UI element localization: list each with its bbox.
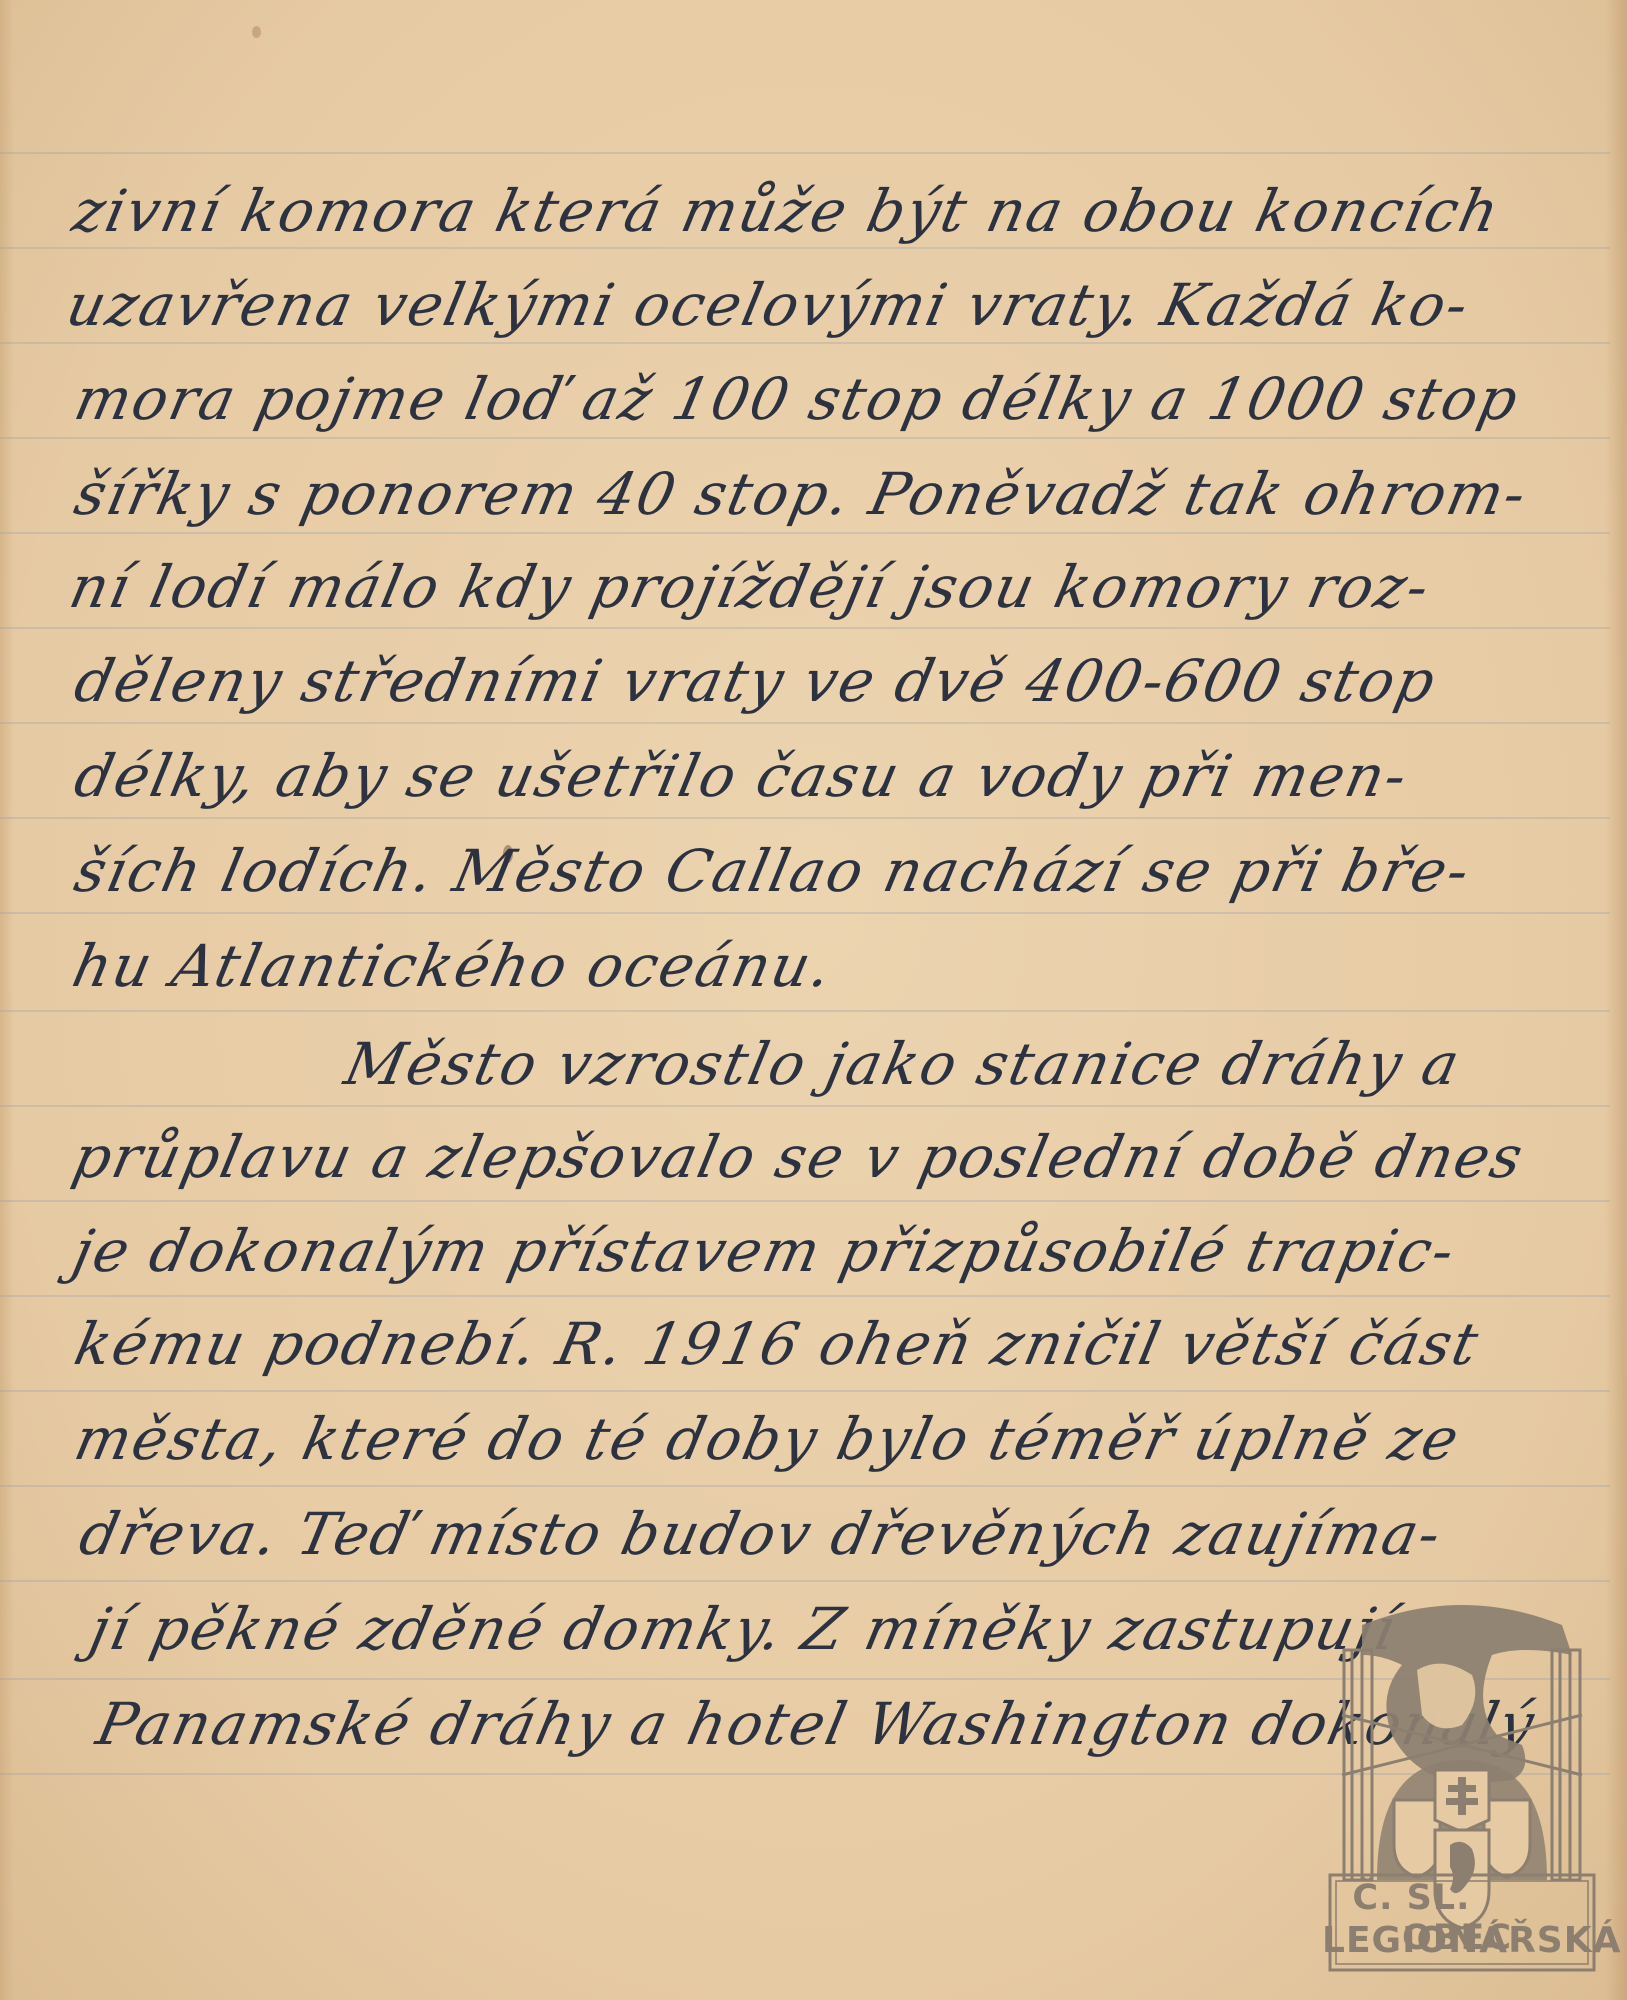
rule-line [0,1200,1610,1202]
text-line: děleny středními vraty ve dvě 400-600 st… [70,652,1442,710]
text-line: délky, aby se ušetřilo času a vody při m… [70,747,1414,805]
rule-line [0,627,1610,629]
text-line: mora pojme loď až 100 stop délky a 1000 … [70,370,1525,428]
watermark-line2: LEGIONÁŘSKÁ [1322,1920,1592,1961]
rule-line [0,722,1610,724]
rule-line [0,247,1610,249]
text-line: šířky s ponorem 40 stop. Poněvadž tak oh… [70,465,1533,523]
rule-line [0,817,1610,819]
rule-line [0,1390,1610,1392]
text-line: jí pěkné zděné domky. Z míněky zastupují [85,1600,1402,1658]
text-line: města, které do té doby bylo téměř úplně… [70,1410,1465,1468]
rule-line [0,1105,1610,1107]
rule-line [0,1010,1610,1012]
paper-stain [252,26,261,38]
text-line: hu Atlantického oceánu. [68,937,838,995]
text-line: Město vzrostlo jako stanice dráhy a [340,1035,1466,1093]
watermark-cs-sl: Č. SL. [1352,1878,1470,1918]
page-right-shadow [1605,0,1627,2000]
rule-line [0,342,1610,344]
rule-line [0,437,1610,439]
text-line: zivní komora která může být na obou konc… [68,182,1506,240]
rule-line [0,1295,1610,1297]
text-line: dřeva. Teď místo budov dřevěných zaujíma… [75,1505,1447,1563]
rule-line [0,912,1610,914]
text-line: kému podnebí. R. 1916 oheň zničil větší … [70,1315,1485,1373]
page-left-shadow [0,0,14,2000]
rule-line [0,152,1610,154]
rule-line [0,1485,1610,1487]
text-line: uzavřena velkými ocelovými vraty. Každá … [62,276,1475,334]
text-line: ších lodích. Město Callao nachází se při… [70,842,1476,900]
notebook-page: zivní komora která může být na obou konc… [0,0,1627,2000]
text-line: průplavu a zlepšovalo se v poslední době… [68,1128,1529,1186]
text-line: je dokonalým přístavem přizpůsobilé trap… [68,1222,1461,1280]
text-line: ní lodí málo kdy projíždějí jsou komory … [65,558,1436,616]
rule-line [0,532,1610,534]
rule-line [0,1580,1610,1582]
